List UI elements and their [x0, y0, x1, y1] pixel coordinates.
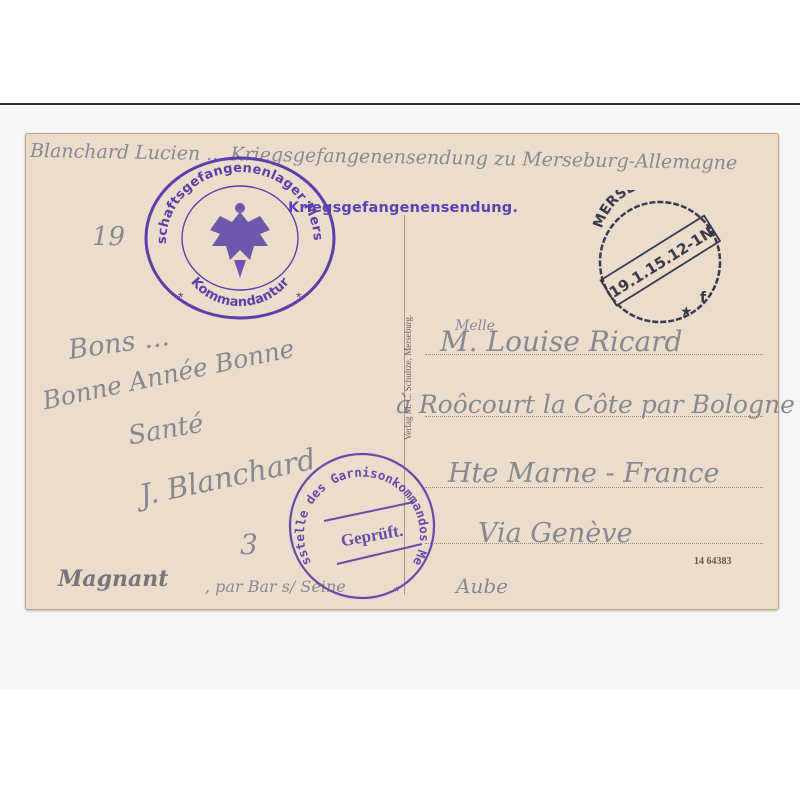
svg-text:f: f: [700, 290, 707, 306]
address-line-2: Hte Marne - France: [448, 458, 720, 489]
svg-text:Kommandantur: Kommandantur: [188, 275, 293, 311]
svg-text:MERSEBURG: MERSEBURG: [590, 190, 683, 230]
address-line-1: à Roôcourt la Côte par Bologne: [396, 390, 795, 419]
handwritten-department: Aube: [456, 574, 508, 598]
svg-text:Prüfungsstelle des Garnisonkom: Prüfungsstelle des Garnisonkommandos Mer…: [282, 446, 432, 569]
svg-text:*: *: [178, 289, 184, 305]
svg-text:★: ★: [680, 303, 693, 319]
merseburg-postmark: 19.1.15.12-1N MERSEBURG f ★: [588, 190, 738, 330]
handwritten-year: 19: [92, 222, 125, 252]
address-line-3: Via Genève: [478, 518, 633, 549]
eagle-emblem-icon: [210, 203, 270, 278]
camp-commandant-seal: Mannschaftsgefangenenlager Merseburg Kom…: [140, 150, 340, 320]
handwritten-town: Magnant: [58, 566, 168, 592]
censor-seal: Prüfungsstelle des Garnisonkommandos Mer…: [282, 446, 442, 606]
svg-text:*: *: [394, 583, 400, 599]
catalog-number: 14 64383: [694, 556, 732, 567]
message-number: 3: [240, 528, 258, 561]
svg-text:Geprüft.: Geprüft.: [339, 521, 404, 551]
svg-text:*: *: [296, 289, 302, 305]
